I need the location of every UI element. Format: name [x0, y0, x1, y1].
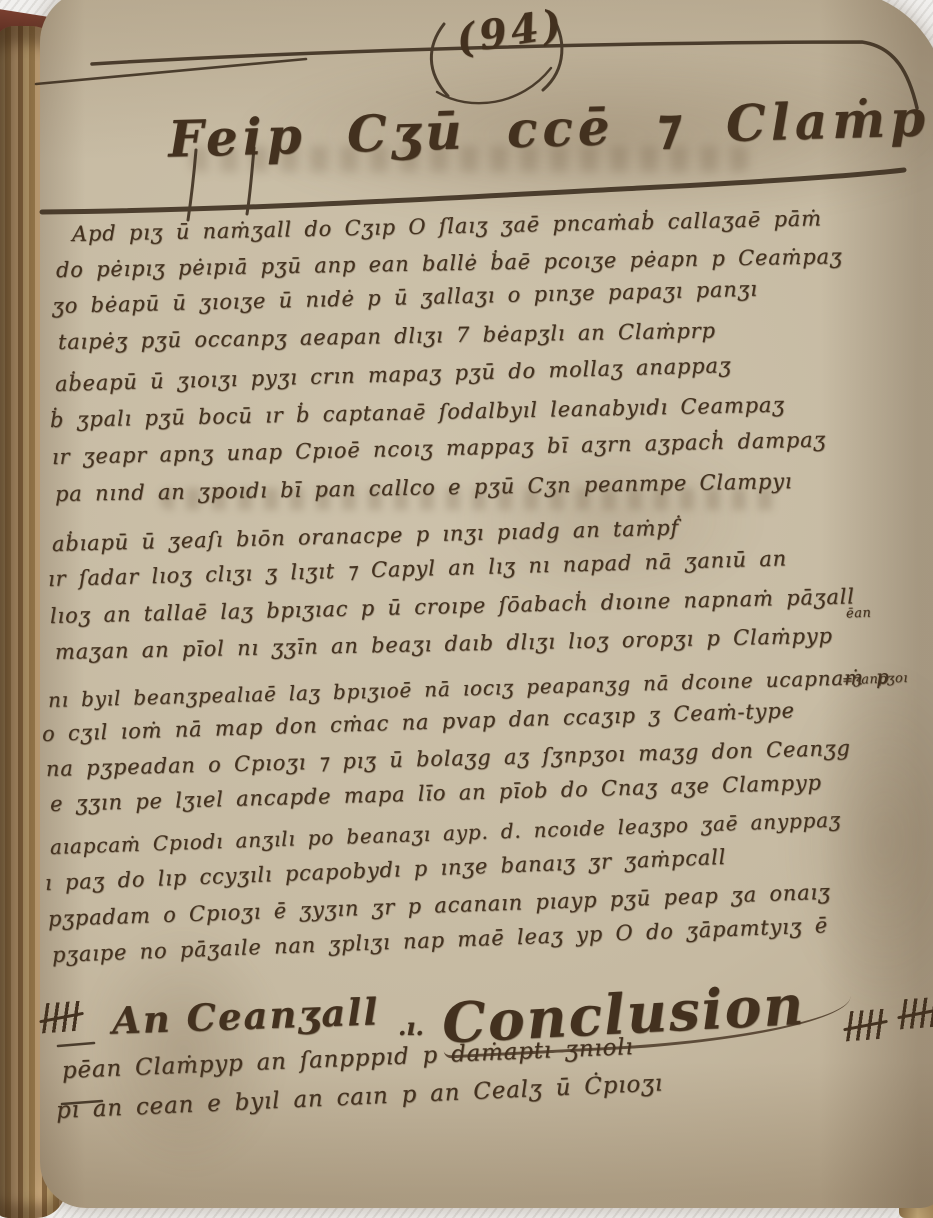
conclusion-gaelic-label: An Ceanʒall	[111, 989, 380, 1042]
hash-mark-icon	[847, 1009, 886, 1042]
interlinear-note: ēan	[846, 606, 872, 622]
hash-mark-icon	[901, 997, 933, 1030]
manuscript-photo: (94) Feip Cʒū ccē ⁊ Claṁprp Apd pıʒ ū na…	[0, 0, 933, 1218]
conclusion-separator: .ı.	[398, 1012, 424, 1041]
hash-mark-icon	[43, 1001, 82, 1034]
